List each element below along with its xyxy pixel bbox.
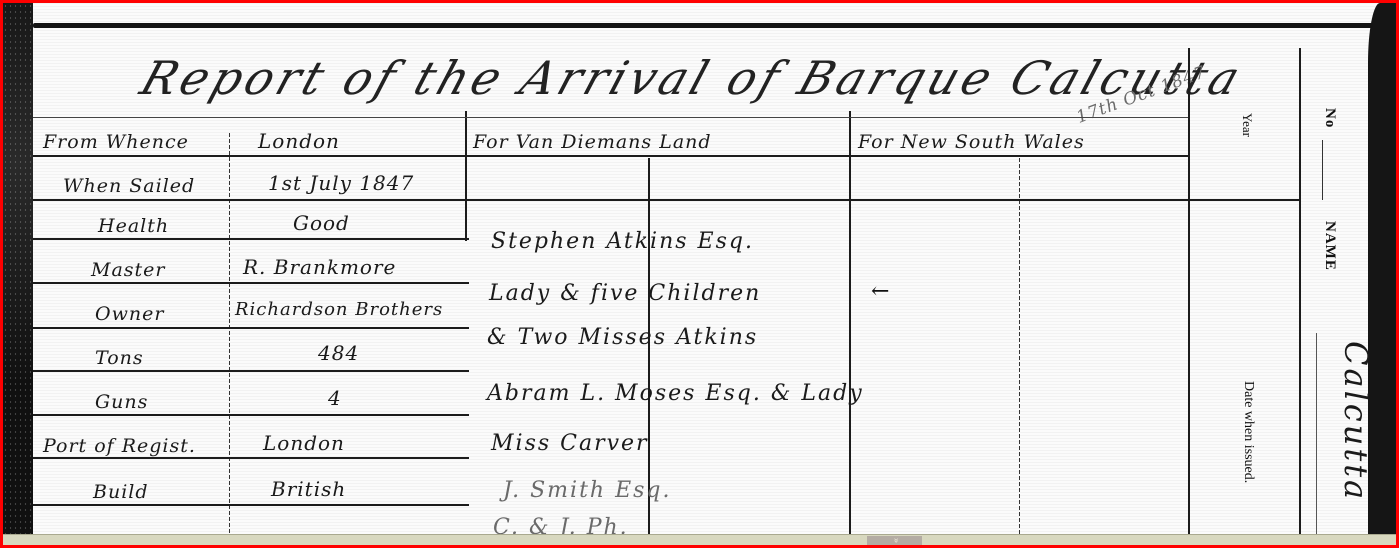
grid-vline: [1019, 158, 1020, 534]
row-label-when-sailed: When Sailed: [63, 175, 195, 197]
row-label-master: Master: [91, 259, 166, 281]
from-whence-value: London: [258, 129, 340, 153]
row-label-port-of-registry: Port of Regist.: [43, 435, 196, 457]
grid-vline: [229, 133, 230, 533]
grid-vline: [1299, 48, 1301, 534]
passenger-line: & Two Misses Atkins: [487, 325, 758, 350]
header-van-diemans-land: For Van Diemans Land: [473, 131, 712, 153]
grid-vline: [849, 111, 851, 534]
grid-hline: [33, 504, 469, 506]
passenger-line: J. Smith Esq.: [503, 478, 672, 503]
collapse-bar: »: [3, 534, 1396, 545]
row-value-guns: 4: [328, 386, 342, 410]
header-new-south-wales: For New South Wales: [858, 131, 1085, 153]
date-issued-label: Date when issued.: [1240, 381, 1256, 483]
grid-hline: [33, 414, 469, 416]
passenger-line: Stephen Atkins Esq.: [491, 229, 754, 254]
row-value-health: Good: [293, 211, 350, 235]
scanned-page: Report of the Arrival of Barque Calcutta…: [3, 3, 1396, 534]
grid-hline: [33, 282, 469, 284]
row-label-build: Build: [93, 481, 149, 503]
collapse-toggle-button[interactable]: »: [867, 536, 922, 545]
report-title: Report of the Arrival of Barque Calcutta: [134, 51, 1250, 105]
grid-hline: [33, 457, 469, 459]
row-label-tons: Tons: [95, 347, 144, 369]
row-label-guns: Guns: [95, 391, 148, 413]
book-binding-left: [3, 3, 33, 534]
row-value-master: R. Brankmore: [243, 255, 396, 279]
document-viewer: Report of the Arrival of Barque Calcutta…: [3, 3, 1396, 545]
row-value-tons: 484: [318, 341, 359, 365]
top-rule-line: [33, 23, 1373, 28]
row-label-owner: Owner: [95, 303, 164, 325]
arrow-left-icon: ←: [871, 279, 889, 304]
name-label: NAME: [1321, 221, 1338, 271]
passenger-line: Miss Carver: [491, 431, 649, 456]
year-label: Year: [1239, 113, 1255, 137]
passenger-line: Abram L. Moses Esq. & Lady: [487, 381, 864, 406]
no-label: No: [1321, 108, 1338, 128]
grid-hline: [33, 155, 1188, 157]
row-value-build: British: [271, 477, 346, 501]
row-value-port-of-registry: London: [263, 431, 345, 455]
grid-hline: [33, 117, 1188, 118]
grid-vline: [465, 111, 467, 241]
chevron-double-down-icon: »: [890, 538, 899, 544]
from-whence-label: From Whence: [43, 131, 189, 153]
grid-hline: [33, 199, 1299, 201]
no-underline: [1322, 140, 1323, 200]
grid-hline: [33, 238, 469, 240]
row-label-health: Health: [98, 215, 169, 237]
row-value-when-sailed: 1st July 1847: [268, 171, 414, 195]
passenger-line: Lady & five Children: [489, 281, 761, 306]
grid-hline: [33, 370, 469, 372]
grid-hline: [33, 327, 469, 329]
row-value-owner: Richardson Brothers: [235, 299, 443, 320]
grid-vline: [1316, 333, 1317, 534]
name-value: Calcutta: [1337, 341, 1375, 502]
grid-vline: [1188, 48, 1190, 534]
